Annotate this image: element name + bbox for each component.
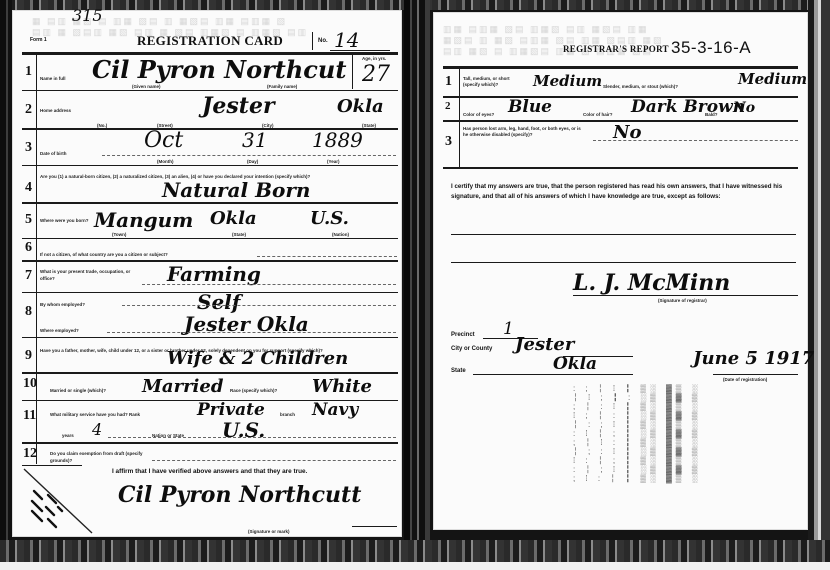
field-registration-date: June 5 1917 bbox=[693, 348, 814, 369]
field-home-state: Okla bbox=[337, 96, 384, 117]
field-employer: Self bbox=[197, 290, 240, 314]
field-eye-color: Blue bbox=[508, 97, 552, 117]
field-age: 27 bbox=[362, 62, 390, 87]
field-bald: No bbox=[733, 100, 755, 116]
state-label: State bbox=[451, 368, 466, 374]
microfilm-bottom-edge bbox=[0, 562, 830, 570]
microfilm-left-border bbox=[0, 0, 12, 570]
certification-text: I certify that my answers are true, that… bbox=[451, 182, 796, 202]
top-annotation: 315 bbox=[72, 6, 103, 25]
field-military-years: 4 bbox=[92, 420, 102, 439]
field-birthplace-nation: U.S. bbox=[310, 208, 349, 229]
report-code: 35-3-16-A bbox=[671, 38, 751, 58]
microfilm-right-border bbox=[808, 0, 830, 570]
registration-card: ▦ ▤▥ ▦▧ ▤ ▥▦ ▧▤ ▥ ▦▧▤ ▥▦ ▤▥▦ ▧ ▤▥ ▦ ▧▤▥ … bbox=[12, 10, 402, 537]
card-number-label: No. bbox=[318, 38, 328, 44]
field-city-county: Jester bbox=[515, 334, 574, 355]
field-height: Medium bbox=[533, 72, 602, 90]
field-precinct: 1 bbox=[503, 319, 514, 339]
field-military-rank: Private bbox=[197, 400, 265, 420]
field-occupation: Farming bbox=[167, 262, 261, 286]
field-military-branch: Navy bbox=[312, 400, 358, 420]
affirmation-text: I affirm that I have verified above answ… bbox=[112, 468, 307, 475]
microfilm-center-gutter bbox=[404, 0, 430, 570]
bleed-through-marks: : ; ╎ ⁞ ╏ ▒░ ▓▒ ░ ╎ ⁞ ; ╏ : ░▒ ▓▓ ▒ ; ╎ … bbox=[573, 384, 793, 524]
row-number-divider bbox=[36, 54, 37, 464]
field-dependents: Wife & 2 Children bbox=[167, 348, 348, 369]
field-birth-day: 31 bbox=[242, 128, 267, 152]
registrant-signature: Cil Pyron Northcutt bbox=[118, 482, 361, 508]
field-race: White bbox=[312, 376, 372, 397]
field-home-city: Jester bbox=[202, 93, 275, 119]
field-state: Okla bbox=[553, 354, 597, 374]
field-birth-month: Oct bbox=[144, 128, 183, 153]
form-label: Form 1 bbox=[30, 37, 47, 43]
precinct-label: Precinct bbox=[451, 332, 475, 338]
corner-cut-diagonal bbox=[20, 465, 100, 537]
card-title: REGISTRATION CARD bbox=[137, 33, 283, 49]
field-marital-status: Married bbox=[142, 376, 223, 397]
field-citizenship: Natural Born bbox=[162, 178, 310, 202]
field-build: Medium bbox=[738, 70, 807, 88]
field-birth-year: 1889 bbox=[312, 128, 363, 152]
registrar-signature: L. J. McMinn bbox=[573, 270, 730, 296]
field-military-nation: U.S. bbox=[222, 418, 265, 442]
field-hair-color: Dark Brown bbox=[631, 97, 745, 117]
microfilm-bottom-border bbox=[0, 540, 830, 562]
report-title: REGISTRAR'S REPORT bbox=[563, 44, 669, 54]
field-birthplace-town: Mangum bbox=[94, 208, 193, 232]
registrars-report-card: ▥▦ ▤▥▦ ▧▤ ▥▦▧ ▤▥ ▦▧▤ ▥▦ ▦▧▤ ▥ ▦▧ ▤▥▦ ▧▤ … bbox=[433, 12, 808, 530]
field-birthplace-state: Okla bbox=[210, 208, 257, 229]
field-name: Cil Pyron Northcut bbox=[92, 55, 346, 84]
city-county-label: City or County bbox=[451, 346, 492, 352]
card-number: 14 bbox=[334, 28, 359, 52]
